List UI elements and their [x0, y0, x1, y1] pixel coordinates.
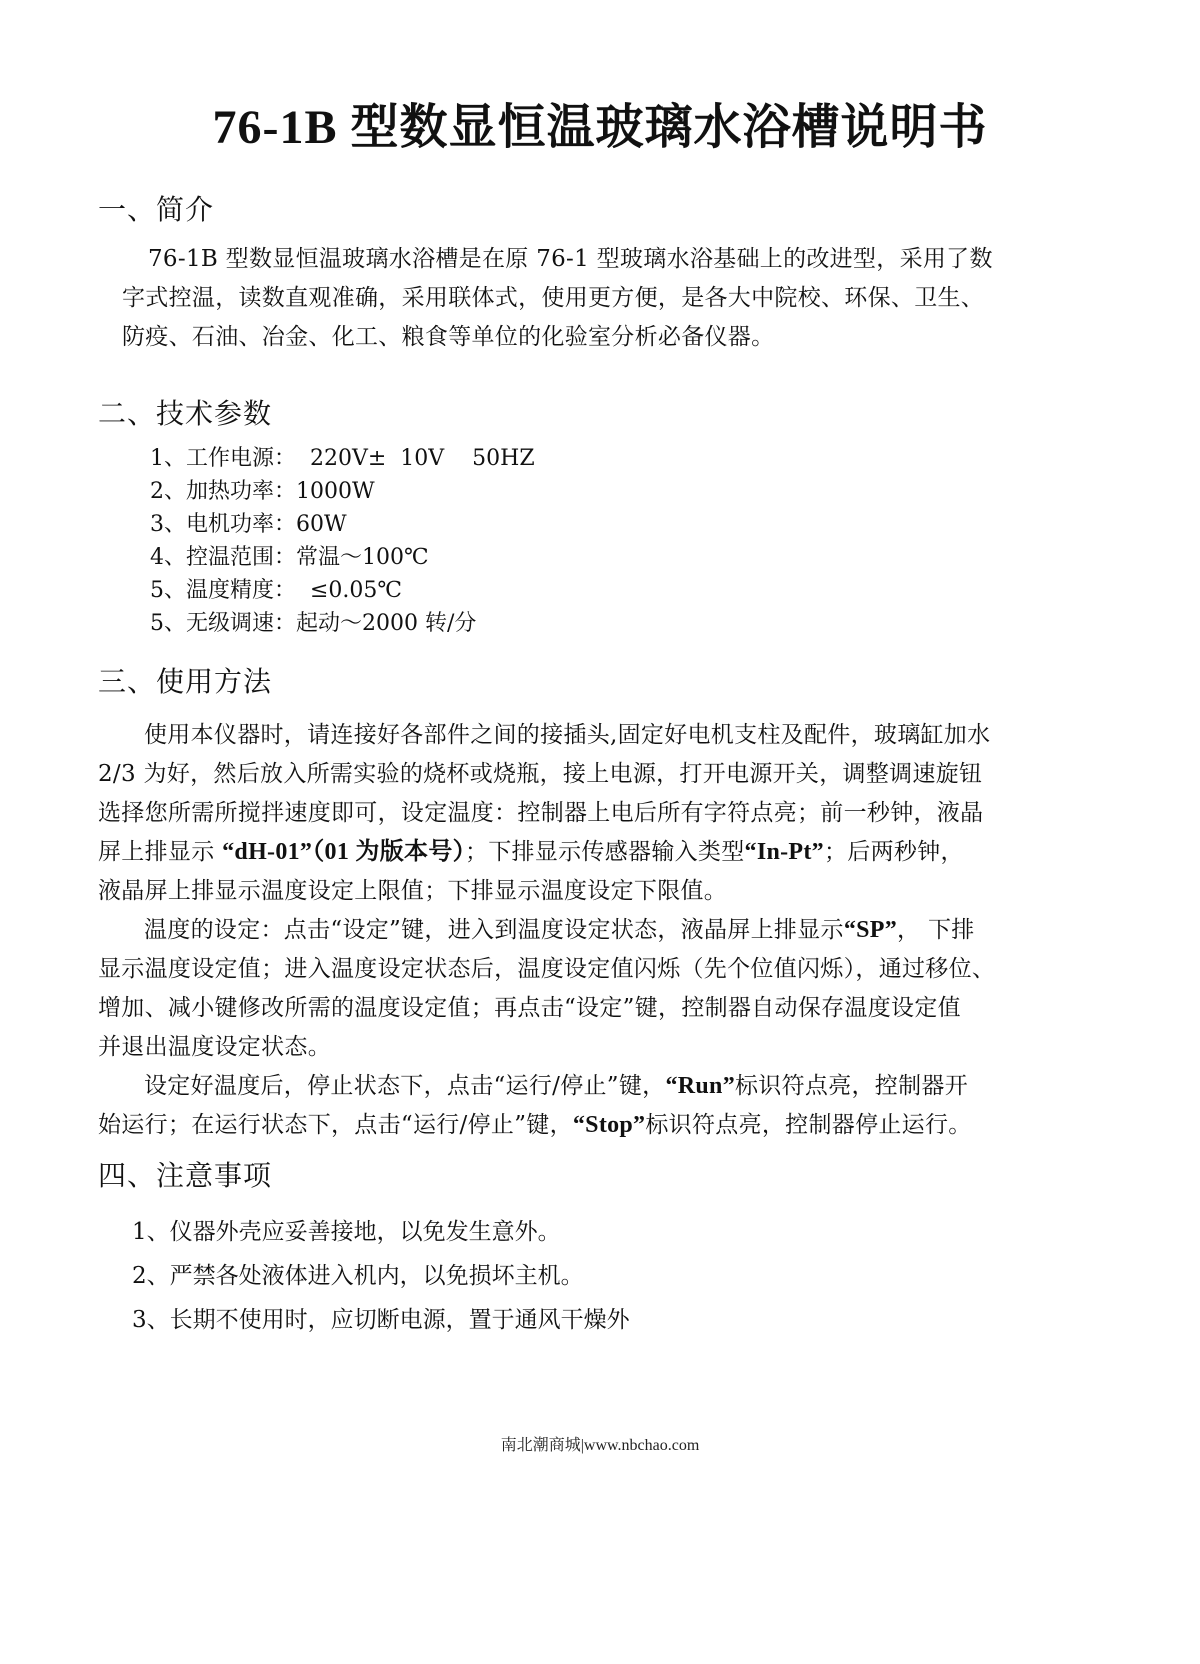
text-run: ， 下排: [897, 917, 975, 943]
specs-list: 1、工作电源： 220V± 10V 50HZ 2、加热功率：1000W 3、电机…: [150, 442, 535, 640]
text-run: ；后两秒钟，: [824, 839, 964, 865]
usage-line: 2/3 为好，然后放入所需实验的烧杯或烧瓶，接上电源，打开电源开关，调整调速旋钮: [98, 755, 1088, 794]
usage-line: 显示温度设定值；进入温度设定状态后，温度设定值闪烁（先个位值闪烁），通过移位、: [98, 950, 1088, 989]
sensor-type-text: “In-Pt”: [745, 839, 824, 865]
text-run: 温度的设定：点击“设定”键，进入到温度设定状态，液晶屏上排显示: [144, 917, 844, 943]
note-item-liquid: 2、严禁各处液体进入机内，以免损坏主机。: [132, 1254, 630, 1298]
section-heading-usage: 三、使用方法: [98, 660, 272, 700]
usage-line: 屏上排显示 “dH-01”（01 为版本号）；下排显示传感器输入类型“In-Pt…: [98, 833, 1088, 872]
document-title: 76-1B 型数显恒温玻璃水浴槽说明书: [0, 88, 1200, 157]
spec-item-heating-power: 2、加热功率：1000W: [150, 475, 535, 508]
section-heading-specs: 二、技术参数: [98, 392, 272, 432]
note-item-grounding: 1、仪器外壳应妥善接地，以免发生意外。: [132, 1210, 630, 1254]
sp-indicator-text: “SP”: [844, 917, 897, 943]
intro-paragraph: 76-1B 型数显恒温玻璃水浴槽是在原 76-1 型玻璃水浴基础上的改进型，采用…: [122, 240, 1022, 357]
text-run: 屏上排显示: [98, 839, 222, 865]
notes-list: 1、仪器外壳应妥善接地，以免发生意外。 2、严禁各处液体进入机内，以免损坏主机。…: [132, 1210, 630, 1342]
spec-item-speed-control: 5、无级调速：起动～2000 转/分: [150, 607, 535, 640]
usage-line: 选择您所需所搅拌速度即可，设定温度：控制器上电后所有字符点亮；前一秒钟，液晶: [98, 794, 1088, 833]
usage-paragraph-1: 使用本仪器时，请连接好各部件之间的接插头,固定好电机支柱及配件，玻璃缸加水 2/…: [98, 716, 1088, 911]
version-code-text: “dH-01”（01 为版本号）: [222, 839, 465, 865]
usage-paragraph-3: 设定好温度后，停止状态下，点击“运行/停止”键，“Run”标识符点亮，控制器开 …: [98, 1067, 1088, 1145]
usage-line: 液晶屏上排显示温度设定上限值；下排显示温度设定下限值。: [98, 872, 1088, 911]
usage-line: 使用本仪器时，请连接好各部件之间的接插头,固定好电机支柱及配件，玻璃缸加水: [98, 716, 1088, 755]
section-heading-notes: 四、注意事项: [98, 1154, 272, 1194]
usage-line: 并退出温度设定状态。: [98, 1028, 1088, 1067]
text-run: 标识符点亮，控制器停止运行。: [645, 1112, 971, 1138]
spec-item-temp-range: 4、控温范围：常温～100℃: [150, 541, 535, 574]
usage-line: 设定好温度后，停止状态下，点击“运行/停止”键，“Run”标识符点亮，控制器开: [98, 1067, 1088, 1106]
text-run: 始运行；在运行状态下，点击“运行/停止”键，: [98, 1112, 573, 1138]
spec-item-power-supply: 1、工作电源： 220V± 10V 50HZ: [150, 442, 535, 475]
text-run: 标识符点亮，控制器开: [735, 1073, 968, 1099]
spec-item-motor-power: 3、电机功率：60W: [150, 508, 535, 541]
text-run: 设定好温度后，停止状态下，点击“运行/停止”键，: [144, 1073, 665, 1099]
usage-line: 始运行；在运行状态下，点击“运行/停止”键，“Stop”标识符点亮，控制器停止运…: [98, 1106, 1088, 1145]
note-item-storage: 3、长期不使用时，应切断电源，置于通风干燥外: [132, 1298, 630, 1342]
intro-line: 字式控温，读数直观准确，采用联体式，使用更方便，是各大中院校、环保、卫生、: [122, 279, 1022, 318]
section-heading-intro: 一、简介: [98, 188, 214, 228]
intro-line: 76-1B 型数显恒温玻璃水浴槽是在原 76-1 型玻璃水浴基础上的改进型，采用…: [122, 240, 1022, 279]
stop-indicator-text: “Stop”: [573, 1112, 646, 1138]
spec-item-temp-accuracy: 5、温度精度： ≤0.05℃: [150, 574, 535, 607]
intro-line: 防疫、石油、冶金、化工、粮食等单位的化验室分析必备仪器。: [122, 318, 1022, 357]
page-footer: 南北潮商城|www.nbchao.com: [0, 1432, 1200, 1455]
usage-line: 温度的设定：点击“设定”键，进入到温度设定状态，液晶屏上排显示“SP”， 下排: [98, 911, 1088, 950]
usage-line: 增加、减小键修改所需的温度设定值；再点击“设定”键，控制器自动保存温度设定值: [98, 989, 1088, 1028]
usage-paragraph-2: 温度的设定：点击“设定”键，进入到温度设定状态，液晶屏上排显示“SP”， 下排 …: [98, 911, 1088, 1067]
document-page: 76-1B 型数显恒温玻璃水浴槽说明书 一、简介 76-1B 型数显恒温玻璃水浴…: [0, 0, 1200, 1664]
text-run: ；下排显示传感器输入类型: [465, 839, 745, 865]
run-indicator-text: “Run”: [665, 1073, 735, 1099]
